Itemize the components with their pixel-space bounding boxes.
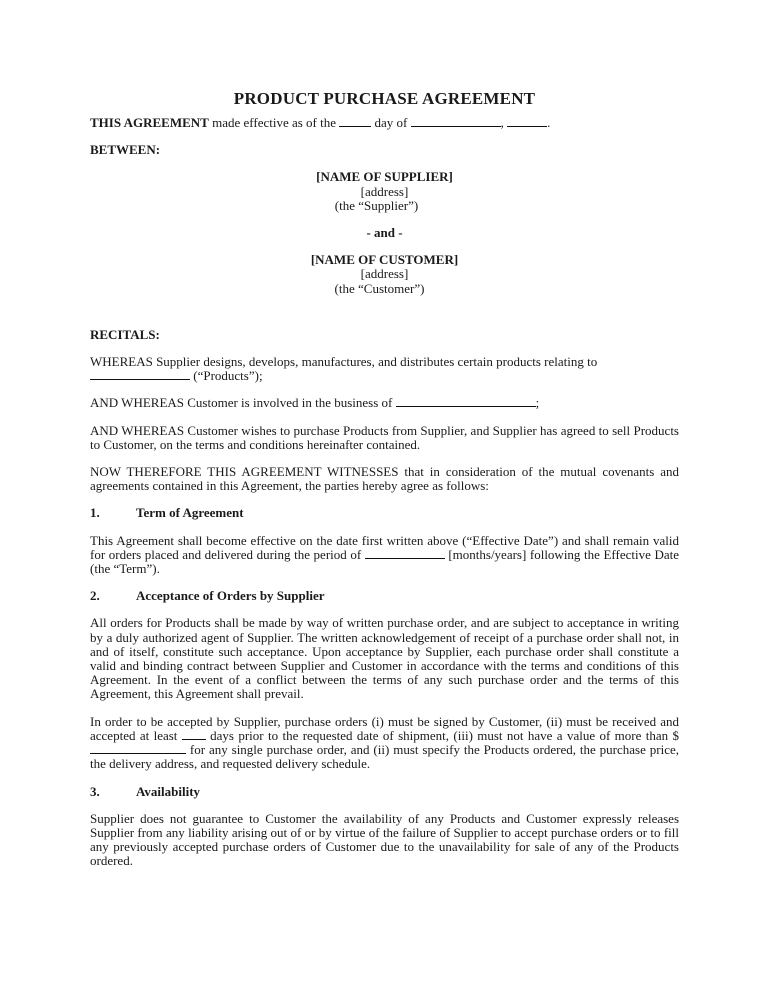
section-2-paragraph-2: In order to be accepted by Supplier, pur… <box>90 715 679 772</box>
recital-2: AND WHEREAS Customer is involved in the … <box>90 396 679 410</box>
supplier-name: [NAME OF SUPPLIER] <box>90 170 679 184</box>
recitals-label: RECITALS: <box>90 328 679 342</box>
year-blank[interactable] <box>507 116 547 127</box>
section-1-number: 1. <box>90 506 136 520</box>
section-3-heading: 3. Availability <box>90 785 679 799</box>
section-3-number: 3. <box>90 785 136 799</box>
document-page: PRODUCT PURCHASE AGREEMENT THIS AGREEMEN… <box>90 88 679 869</box>
customer-block: [NAME OF CUSTOMER] [address] (the “Custo… <box>90 253 679 296</box>
section-1-paragraph: This Agreement shall become effective on… <box>90 534 679 577</box>
business-blank[interactable] <box>396 396 536 407</box>
max-value-blank[interactable] <box>90 743 186 754</box>
section-1-heading: 1. Term of Agreement <box>90 506 679 520</box>
supplier-block: [NAME OF SUPPLIER] [address] (the “Suppl… <box>90 170 679 213</box>
supplier-alias: (the “Supplier”) <box>74 199 679 213</box>
customer-alias: (the “Customer”) <box>80 282 679 296</box>
supplier-address: [address] <box>90 185 679 199</box>
between-label: BETWEEN: <box>90 143 679 157</box>
day-blank[interactable] <box>339 116 371 127</box>
section-3-paragraph: Supplier does not guarantee to Customer … <box>90 812 679 869</box>
recital-4: NOW THEREFORE THIS AGREEMENT WITNESSES t… <box>90 465 679 493</box>
days-blank[interactable] <box>182 729 206 740</box>
section-3-title: Availability <box>136 785 200 799</box>
section-2-paragraph-1: All orders for Products shall be made by… <box>90 616 679 701</box>
section-2-heading: 2. Acceptance of Orders by Supplier <box>90 589 679 603</box>
intro-paragraph: THIS AGREEMENT made effective as of the … <box>90 116 679 130</box>
recital-3: AND WHEREAS Customer wishes to purchase … <box>90 424 679 452</box>
and-separator: - and - <box>90 226 679 240</box>
section-2-title: Acceptance of Orders by Supplier <box>136 589 324 603</box>
intro-bold-lead: THIS AGREEMENT <box>90 115 209 130</box>
products-blank[interactable] <box>90 369 190 380</box>
document-title: PRODUCT PURCHASE AGREEMENT <box>90 88 679 110</box>
recital-1: WHEREAS Supplier designs, develops, manu… <box>90 355 679 383</box>
customer-address: [address] <box>90 267 679 281</box>
customer-name: [NAME OF CUSTOMER] <box>90 253 679 267</box>
month-blank[interactable] <box>411 116 501 127</box>
section-1-title: Term of Agreement <box>136 506 244 520</box>
section-2-number: 2. <box>90 589 136 603</box>
term-period-blank[interactable] <box>365 548 445 559</box>
